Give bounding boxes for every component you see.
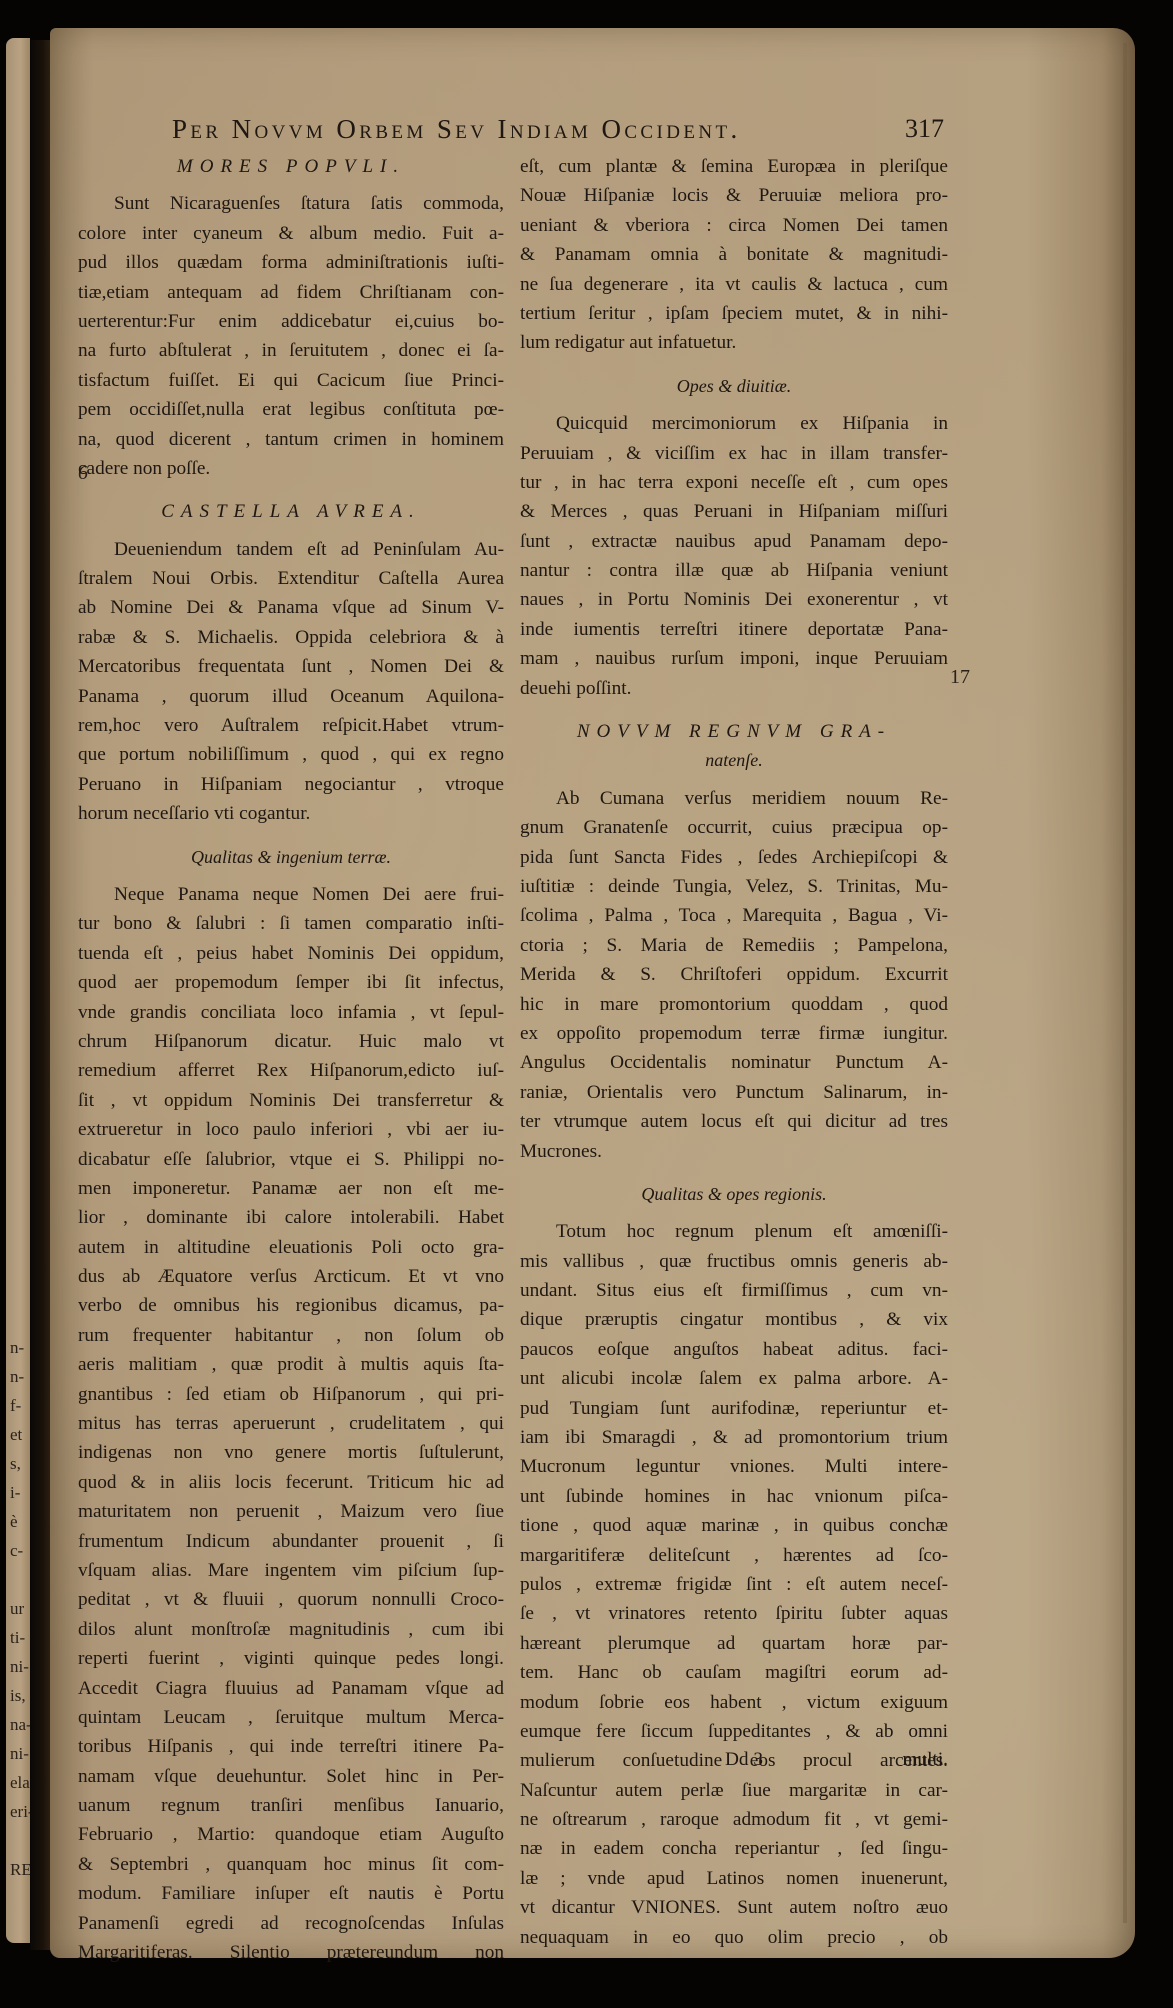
text-line: unt ſubinde homines in hac vnionum piſca…	[520, 1482, 948, 1511]
text-line: Sunt Nicaraguenſes ſtatura ſatis commoda…	[78, 189, 504, 218]
text-line: Peruano in Hiſpaniam negociantur , vtroq…	[78, 770, 504, 799]
text-line: ex oppoſito propemodum terræ firmæ iungi…	[520, 1019, 948, 1048]
text-line: ſcolima , Palma , Toca , Marequita , Bag…	[520, 901, 948, 930]
text-line: na, quod dicerent , tantum crimen in hom…	[78, 425, 504, 454]
text-line: iuſtitiæ : deinde Tungia, Velez, S. Trin…	[520, 872, 948, 901]
previous-page-fragment: n-	[10, 1333, 24, 1362]
text-line: pulos , extremæ frigidæ ſint : eſt autem…	[520, 1570, 948, 1599]
section-spacer	[520, 1209, 948, 1217]
previous-page-fragment: ti-	[10, 1623, 25, 1652]
text-line: Februario , Martio: quandoque etiam Augu…	[78, 1820, 504, 1849]
text-line: & Septembri , quanquam hoc minus ſit com…	[78, 1850, 504, 1879]
text-line: paucos eoſque anguſtos habeat aditus. fa…	[520, 1335, 948, 1364]
text-line: Neque Panama neque Nomen Dei aere frui-	[78, 880, 504, 909]
section-heading: CASTELLA AVREA.	[78, 497, 504, 526]
previous-page-edge: n-n-f-ets,i-èc-urti-ni-is,na-ni-elaeri-R…	[6, 38, 30, 1943]
text-line: tertium ſeritur , ipſam ſpeciem mutet, &…	[520, 299, 948, 328]
text-line: Panamenſi egredi ad recognoſcendas Inſul…	[78, 1909, 504, 1938]
text-line: Mucrones.	[520, 1137, 948, 1166]
margin-number-granatense: 17	[950, 666, 970, 689]
text-line: Margaritiferas. Silentio prætereundum no…	[78, 1938, 504, 1967]
text-line: undant. Situs eius eſt firmiſſimus , cum…	[520, 1276, 948, 1305]
section-heading: NOVVM REGNVM GRA-	[520, 717, 948, 746]
text-line: modum. Familiare inſuper eſt nautis è Po…	[78, 1879, 504, 1908]
previous-page-fragment: is,	[10, 1681, 26, 1710]
text-line: indigenas non vno genere mortis ſuſtuler…	[78, 1438, 504, 1467]
text-line: aeris malitiam , quæ prodit à multis aqu…	[78, 1350, 504, 1379]
text-line: raniæ, Orientalis vero Punctum Salinarum…	[520, 1078, 948, 1107]
text-line: eumque fere ſiccum ſuppeditantes , & ab …	[520, 1717, 948, 1746]
text-line: pem occidiſſet,nulla erat legibus conſti…	[78, 395, 504, 424]
text-line: iam ibi Smaragdi , & ad promontorium tri…	[520, 1423, 948, 1452]
text-line: Mercatoribus frequentata ſunt , Nomen De…	[78, 652, 504, 681]
text-line: Quicquid mercimoniorum ex Hiſpania in	[520, 409, 948, 438]
text-line: Accedit Ciagra fluuius ad Panamam vſque …	[78, 1674, 504, 1703]
text-line: pida ſunt Sancta Fides , ſedes Archiepiſ…	[520, 843, 948, 872]
text-line: quintam Leucam , ſeruitque multum Merca-	[78, 1703, 504, 1732]
text-line: pud Tungiam ſunt aurifodinæ, reperiuntur…	[520, 1394, 948, 1423]
section-heading: MORES POPVLI.	[78, 152, 504, 181]
text-line: lum redigatur aut infatuetur.	[520, 328, 948, 357]
text-line: gnantibus : ſed etiam ob Hiſpanorum , qu…	[78, 1380, 504, 1409]
text-line: quod aer propemodum ſemper ibi ſit infec…	[78, 968, 504, 997]
text-line: men imponeretur. Panamæ aer non eſt me-	[78, 1174, 504, 1203]
text-line: uanum regnum tranſiri menſibus Ianuario,	[78, 1791, 504, 1820]
text-line: rem,hoc vero Auſtralem reſpicit.Habet vt…	[78, 711, 504, 740]
text-line: Angulus Occidentalis nominatur Punctum A…	[520, 1048, 948, 1077]
text-line: tiæ,etiam antequam ad fidem Chriſtianam …	[78, 278, 504, 307]
text-line: maturitatem non peruenit , Maizum vero ſ…	[78, 1497, 504, 1526]
text-line: namam vſque deuehuntur. Solet hinc in Pe…	[78, 1762, 504, 1791]
text-line: & Panamam omnia à bonitate & magnitudi-	[520, 240, 948, 269]
text-line: ſe , vt vrinatores retento ſpiritu ſubte…	[520, 1599, 948, 1628]
previous-page-fragment: s,	[10, 1449, 21, 1478]
text-line: Peruuiam , & viciſſim ex hac in illam tr…	[520, 439, 948, 468]
section-spacer	[520, 703, 948, 717]
text-line: mis vallibus , quæ fructibus omnis gener…	[520, 1247, 948, 1276]
text-line: remedium afferret Rex Hiſpanorum,edicto …	[78, 1056, 504, 1085]
text-line: hic in mare promontorium quoddam , quod	[520, 990, 948, 1019]
text-line: quod & in aliis locis fecerunt. Triticum…	[78, 1468, 504, 1497]
previous-page-fragment: ni-	[10, 1739, 29, 1768]
previous-page-fragment: ur	[10, 1594, 24, 1623]
left-column: MORES POPVLI.Sunt Nicaraguenſes ſtatura …	[78, 152, 504, 1967]
text-line: vſquam alias. Mare ingentem vim piſcium …	[78, 1556, 504, 1585]
text-line: Deueniendum tandem eſt ad Peninſulam Au-	[78, 535, 504, 564]
text-line: margaritiferæ deliteſcunt , hærentes ad …	[520, 1541, 948, 1570]
text-line: unt alicubi incolæ ſalem ex palma arbore…	[520, 1364, 948, 1393]
text-line: uerterentur:Fur enim addicebatur ei,cuiu…	[78, 307, 504, 336]
section-spacer	[78, 872, 504, 880]
text-line: nequaquam in eo quo olim precio , ob	[520, 1923, 948, 1952]
section-spacer	[520, 401, 948, 409]
text-line: colore inter cyaneum & album medio. Fuit…	[78, 219, 504, 248]
text-line: gnum Granatenſe occurrit, cuius præcipua…	[520, 813, 948, 842]
text-line: ſtralem Noui Orbis. Extenditur Caſtella …	[78, 564, 504, 593]
text-line: rum frequenter habitantur , non ſolum ob	[78, 1321, 504, 1350]
text-line: & Merces , quas Peruani in Hiſpaniam miſ…	[520, 497, 948, 526]
section-heading: Opes & diuitiæ.	[520, 372, 948, 401]
text-line: dicabatur eſſe ſalubrior, vtque ei S. Ph…	[78, 1145, 504, 1174]
text-line: Panama , quorum illud Oceanum Aquilona-	[78, 682, 504, 711]
text-line: eſt, cum plantæ & ſemina Europæa in pler…	[520, 152, 948, 181]
text-line: tem. Hanc ob cauſam magiſtri eorum ad-	[520, 1658, 948, 1687]
text-line: modum ſobrie eos habent , victum exiguum	[520, 1688, 948, 1717]
text-line: dique præruptis cingatur montibus , & vi…	[520, 1305, 948, 1334]
text-line: ctoria ; S. Maria de Remediis ; Pampelon…	[520, 931, 948, 960]
text-line: cadere non poſſe.	[78, 454, 504, 483]
text-line: ſit , vt oppidum Nominis Dei transferret…	[78, 1086, 504, 1115]
text-line: toribus Hiſpanis , qui inde terreſtri it…	[78, 1732, 504, 1761]
previous-page-fragment: i-	[10, 1478, 20, 1507]
text-line: lior , dominante ibi calore intolerabili…	[78, 1203, 504, 1232]
text-line: ne ſua degenerare , ita vt caulis & lact…	[520, 270, 948, 299]
previous-page-fragment: RES	[10, 1855, 30, 1884]
text-line: Merida & S. Chriſtoferi oppidum. Excurri…	[520, 960, 948, 989]
text-line: tuenda eſt , peius habet Nominis Dei opp…	[78, 939, 504, 968]
right-column: eſt, cum plantæ & ſemina Europæa in pler…	[520, 152, 948, 1952]
text-line: Nouæ Hiſpaniæ locis & Peruuiæ meliora pr…	[520, 181, 948, 210]
text-line: ne oſtrearum , raroque admodum fit , vt …	[520, 1805, 948, 1834]
section-heading-continued: natenſe.	[520, 746, 948, 775]
previous-page-fragment: ela	[10, 1768, 30, 1797]
section-spacer	[520, 776, 948, 784]
page-edge	[1123, 43, 1127, 1923]
running-head: Per Novvm Orbem Sev Indiam Occident.	[172, 114, 862, 145]
section-spacer	[78, 829, 504, 843]
previous-page-fragment: et	[10, 1420, 22, 1449]
text-line: hæreant plerumque ad quartam horæ par-	[520, 1629, 948, 1658]
text-line: Ab Cumana verſus meridiem nouum Re-	[520, 784, 948, 813]
text-line: que portum nobiliſſimum , quod , qui ex …	[78, 740, 504, 769]
text-line: læ ; vnde apud Latinos nomen inuenerunt,	[520, 1864, 948, 1893]
text-line: frumentum Indicum abundanter prouenit , …	[78, 1527, 504, 1556]
text-line: ter vtrumque autem locus eſt qui dicitur…	[520, 1107, 948, 1136]
previous-page-fragment: na-	[10, 1710, 30, 1739]
text-line: Naſcuntur autem perlæ ſiue margaritæ in …	[520, 1776, 948, 1805]
text-line: tur , in hac terra exponi neceſſe eſt , …	[520, 468, 948, 497]
previous-page-fragment: c-	[10, 1536, 23, 1565]
text-line: ſunt , extractæ nauibus apud Panamam dep…	[520, 527, 948, 556]
text-line: na furto abſtulerat , in ſeruitutem , do…	[78, 336, 504, 365]
text-line: pud illos quædam forma adminiſtrationis …	[78, 248, 504, 277]
text-line: rabæ & S. Michaelis. Oppida celebriora &…	[78, 623, 504, 652]
text-line: nantur : contra illæ quæ ab Hiſpania ven…	[520, 556, 948, 585]
text-line: Mucronum leguntur vniones. Multi intere-	[520, 1452, 948, 1481]
signature-mark: Dd 3	[725, 1745, 763, 1774]
text-line: horum neceſſario vti cogantur.	[78, 799, 504, 828]
text-line: næ in eadem concha reperiantur , ſed ſin…	[520, 1834, 948, 1863]
text-line: vt dicantur VNIONES. Sunt autem noſtro æ…	[520, 1893, 948, 1922]
text-line: extrueretur in loco paulo inferiori , vb…	[78, 1115, 504, 1144]
previous-page-fragment: f-	[10, 1391, 21, 1420]
catchword: multi.	[902, 1745, 948, 1774]
text-line: autem in altitudine eleuationis Poli oct…	[78, 1233, 504, 1262]
text-line: tione , quod aquæ marinæ , in quibus con…	[520, 1511, 948, 1540]
section-heading: Qualitas & opes regionis.	[520, 1180, 948, 1209]
previous-page-fragment: eri-	[10, 1797, 30, 1826]
text-line: chrum Hiſpanorum dicatur. Huic malo vt	[78, 1027, 504, 1056]
text-line: verbo de omnibus his regionibus dicamus,…	[78, 1291, 504, 1320]
text-line: Totum hoc regnum plenum eſt amœniſſi-	[520, 1217, 948, 1246]
text-line: naues , in Portu Nominis Dei exonerentur…	[520, 585, 948, 614]
previous-page-fragment: è	[10, 1507, 18, 1536]
text-line: deuehi poſſint.	[520, 674, 948, 703]
text-line: dus ab Æquatore verſus Arcticum. Et vt v…	[78, 1262, 504, 1291]
section-spacer	[520, 358, 948, 372]
text-line: dilos alunt monſtroſæ magnitudinis , cum…	[78, 1615, 504, 1644]
section-spacer	[78, 181, 504, 189]
text-line: tur bono & ſalubri : ſi tamen comparatio…	[78, 909, 504, 938]
previous-page-fragment: n-	[10, 1362, 24, 1391]
text-line: ueniant & vberiora : circa Nomen Dei tam…	[520, 211, 948, 240]
text-line: mam , nauibus rurſum imponi, inque Peruu…	[520, 644, 948, 673]
page-number: 317	[905, 114, 944, 144]
text-line: peditat , vt & fluuii , quorum nonnulli …	[78, 1585, 504, 1614]
text-line: mitus has terras aperuerunt , crudelitat…	[78, 1409, 504, 1438]
section-heading: Qualitas & ingenium terræ.	[78, 843, 504, 872]
text-line: tisfactum fuiſſet. Ei qui Cacicum ſiue P…	[78, 366, 504, 395]
text-line: reperti fuerint , viginti quinque pedes …	[78, 1644, 504, 1673]
text-line: ab Nomine Dei & Panama vſque ad Sinum V-	[78, 593, 504, 622]
text-line: vnde grandis conciliata loco infamia , v…	[78, 998, 504, 1027]
previous-page-fragment: ni-	[10, 1652, 29, 1681]
section-spacer	[78, 483, 504, 497]
text-line: inde iumentis terreſtri itinere deportat…	[520, 615, 948, 644]
section-spacer	[520, 1166, 948, 1180]
section-spacer	[78, 527, 504, 535]
